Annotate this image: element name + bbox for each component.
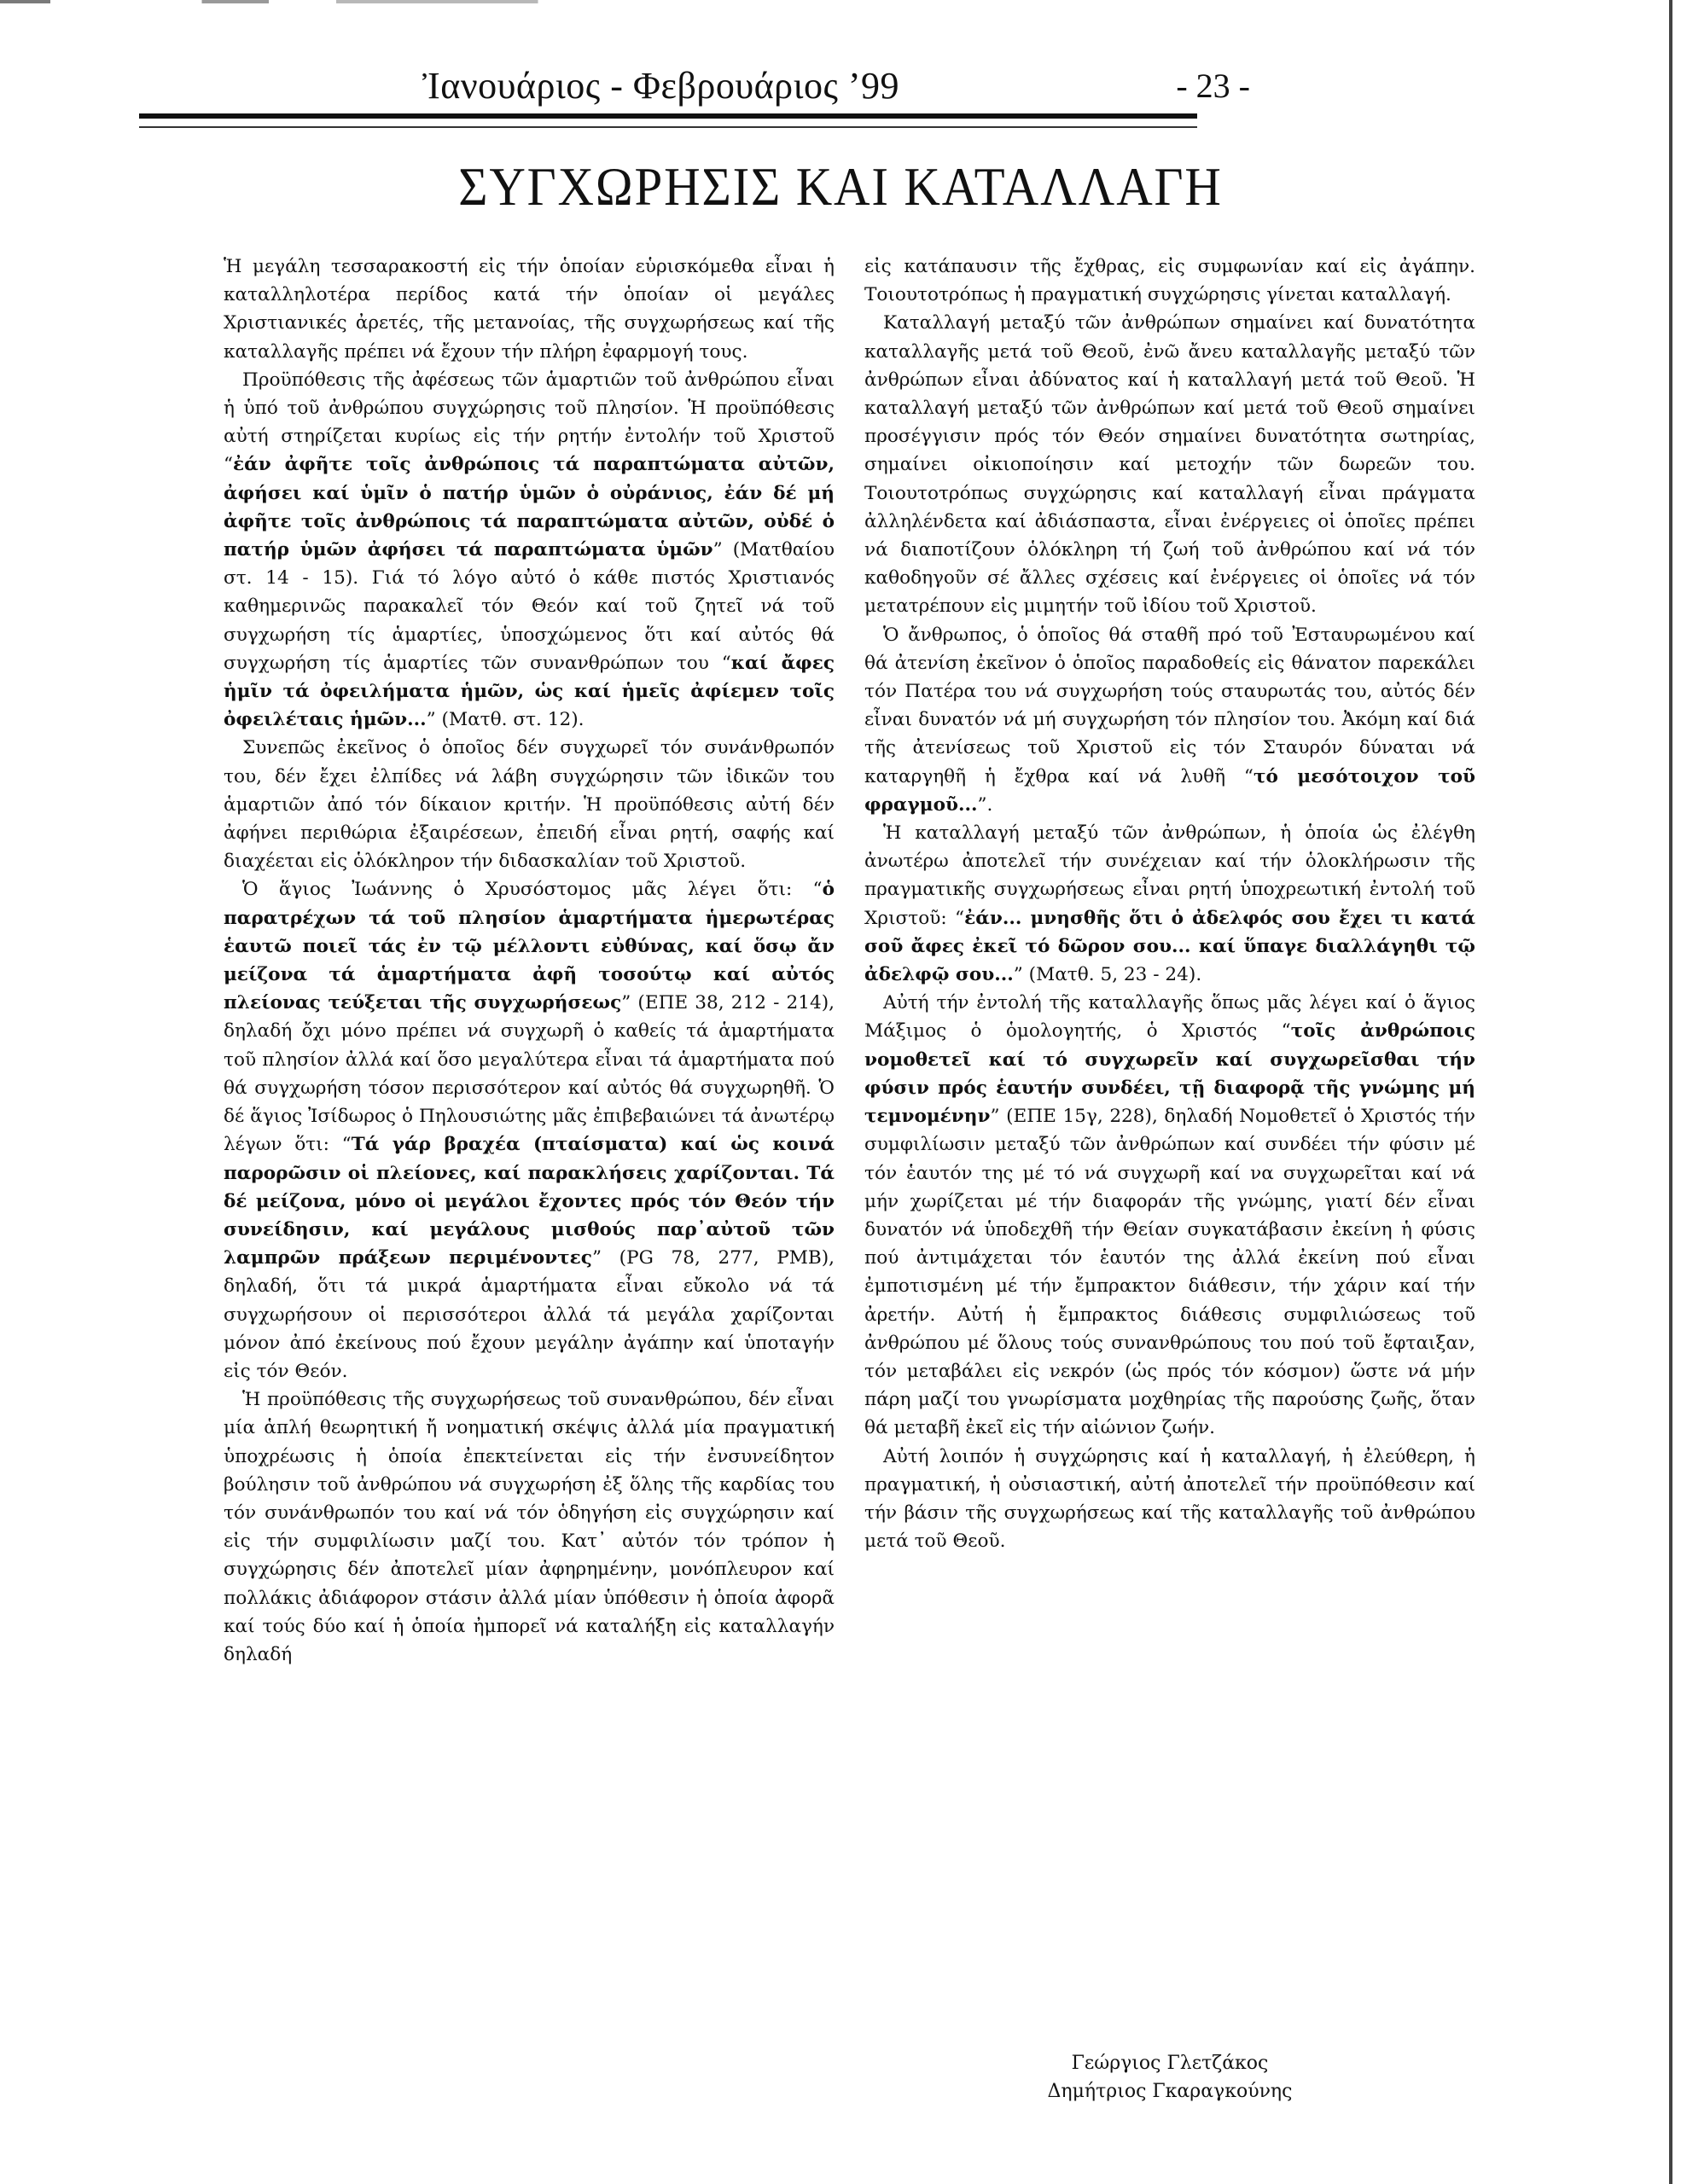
paragraph-text: ” (Ματθ. 5, 23 - 24).: [1014, 964, 1201, 985]
paragraph-text: Συνεπῶς ἐκεῖνος ὁ ὁποῖος δέν συγχωρεῖ τό…: [224, 737, 835, 872]
paragraph-text: Ἡ μεγάλη τεσσαρακοστή εἰς τήν ὁποίαν εὑρ…: [224, 256, 835, 363]
paragraph-text: Ὁ ἄνθρωπος, ὁ ὁποῖος θά σταθῆ πρό τοῦ Ἐσ…: [864, 624, 1475, 787]
article-paragraph: Αὐτή λοιπόν ἡ συγχώρησις καί ἡ καταλλαγή…: [864, 1443, 1475, 1556]
article-paragraph: Καταλλαγή μεταξύ τῶν ἀνθρώπων σημαίνει κ…: [864, 309, 1475, 620]
article-paragraph: Ἡ προϋπόθεσις τῆς συγχωρήσεως τοῦ συνανθ…: [224, 1385, 835, 1669]
article-paragraph: Ὁ ἄνθρωπος, ὁ ὁποῖος θά σταθῆ πρό τοῦ Ἐσ…: [864, 621, 1475, 819]
article-title: ΣΥΓΧΩΡΗΣΙΣ ΚΑΙ ΚΑΤΑΛΛΑΓΗ: [67, 155, 1614, 218]
running-title: Ἰανουάριος - Φεβρουάριος ’99: [422, 64, 899, 107]
paragraph-text: Αὐτή λοιπόν ἡ συγχώρησις καί ἡ καταλλαγή…: [864, 1446, 1475, 1553]
paragraph-text: Καταλλαγή μεταξύ τῶν ἀνθρώπων σημαίνει κ…: [864, 312, 1475, 617]
article-paragraph: Ἡ μεγάλη τεσσαρακοστή εἰς τήν ὁποίαν εὑρ…: [224, 253, 835, 366]
article-paragraph: Προϋπόθεσις τῆς ἀφέσεως τῶν ἁμαρτιῶν τοῦ…: [224, 366, 835, 735]
author-name: Γεώργιος Γλετζάκος: [864, 2049, 1475, 2077]
article-paragraph: εἰς κατάπαυσιν τῆς ἔχθρας, εἰς συμφωνίαν…: [864, 253, 1475, 309]
paragraph-text: ”.: [978, 794, 993, 816]
header-rule-thin: [139, 126, 1197, 128]
paragraph-text: Ἡ προϋπόθεσις τῆς συγχωρήσεως τοῦ συνανθ…: [224, 1389, 835, 1665]
paragraph-text: ” (ΕΠΕ 38, 212 - 214), δηλαδή ὄχι μόνο π…: [224, 992, 835, 1155]
article-column-left: Ἡ μεγάλη τεσσαρακοστή εἰς τήν ὁποίαν εὑρ…: [224, 253, 835, 1669]
paragraph-text: ” (ΕΠΕ 15γ, 228), δηλαδή Νομοθετεῖ ὁ Χρι…: [864, 1106, 1475, 1438]
article-title-text: ΣΥΓΧΩΡΗΣΙΣ ΚΑΙ ΚΑΤΑΛΛΑΓΗ: [458, 156, 1223, 217]
article-paragraph: Συνεπῶς ἐκεῖνος ὁ ὁποῖος δέν συγχωρεῖ τό…: [224, 734, 835, 875]
page-number: - 23 -: [1176, 66, 1250, 106]
header-rule-thick: [139, 113, 1197, 119]
scan-edge-right: [1669, 0, 1672, 2184]
author-name: Δημήτριος Γκαραγκούνης: [864, 2077, 1475, 2106]
paragraph-text: Ὁ ἅγιος Ἰωάννης ὁ Χρυσόστομος μᾶς λέγει …: [242, 879, 823, 900]
article-paragraph: Ἡ καταλλαγή μεταξύ τῶν ἀνθρώπων, ἡ ὁποία…: [864, 819, 1475, 989]
article-paragraph: Ὁ ἅγιος Ἰωάννης ὁ Χρυσόστομος μᾶς λέγει …: [224, 875, 835, 1385]
article-column-right: εἰς κατάπαυσιν τῆς ἔχθρας, εἰς συμφωνίαν…: [864, 253, 1475, 1555]
scan-edge-top: [0, 0, 1681, 3]
paragraph-text: ” (Ματθ. στ. 12).: [427, 709, 585, 730]
article-paragraph: Αὐτή τήν ἐντολή τῆς καταλλαγῆς ὅπως μᾶς …: [864, 989, 1475, 1442]
paragraph-text: εἰς κατάπαυσιν τῆς ἔχθρας, εἰς συμφωνίαν…: [864, 256, 1475, 305]
author-signature: Γεώργιος Γλετζάκος Δημήτριος Γκαραγκούνη…: [864, 2049, 1475, 2106]
page-header: Ἰανουάριος - Φεβρουάριος ’99 - 23 -: [141, 64, 1250, 115]
